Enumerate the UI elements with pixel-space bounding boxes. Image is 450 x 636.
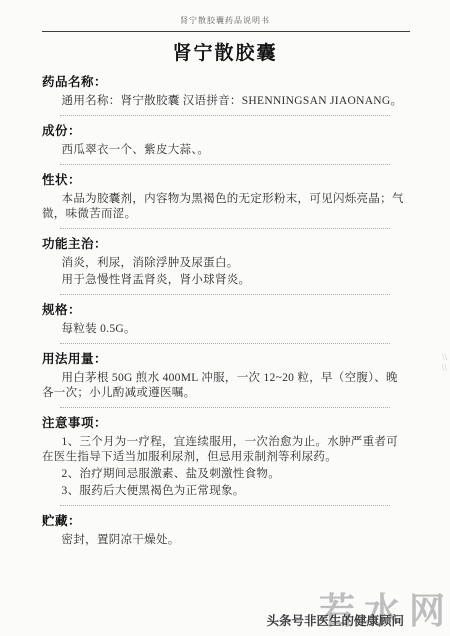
section-heading: 药品名称： — [42, 74, 404, 91]
dotted-divider — [60, 294, 390, 295]
header-running-title: 肾宁散胶囊药品说明书 — [0, 15, 450, 26]
section-paragraph: 3、服药后大便黑褐色为正常现象。 — [42, 484, 404, 499]
section-heading: 用法用量： — [42, 351, 404, 368]
section-description: 性状： 本品为胶囊剂，内容物为黑褐色的无定形粉末，可见闪烁亮晶；气微，味微苦而涩… — [42, 172, 404, 222]
section-paragraph: 用白茅根 50G 煎水 400ML 冲服，一次 12~20 粒，早（空腹）、晚各… — [42, 371, 404, 401]
dotted-divider — [60, 407, 390, 408]
section-heading: 成份： — [42, 123, 404, 140]
dotted-divider — [60, 228, 390, 229]
document-header: 肾宁散胶囊药品说明书 — [0, 0, 450, 32]
scan-artifact-marks: \\\\ — [442, 352, 447, 374]
section-ingredients: 成份： 西瓜翠衣一个、紫皮大蒜、。 — [42, 123, 404, 158]
section-paragraph: 2、治疗期间忌服激素、盐及刺激性食物。 — [42, 467, 404, 482]
watermark-site-text: 若水网 — [319, 583, 450, 634]
watermark-account-text: 头条号非医生的健康顾问 — [266, 611, 404, 629]
section-heading: 注意事项： — [42, 415, 404, 432]
section-precautions: 注意事项： 1、三个月为一疗程，宜连续服用，一次治愈为止。水肿严重者可在医生指导… — [42, 415, 404, 499]
dotted-divider — [60, 505, 390, 506]
section-paragraph: 密封，置阴凉干燥处。 — [42, 533, 404, 548]
section-paragraph: 1、三个月为一疗程，宜连续服用，一次治愈为止。水肿严重者可在医生指导下适当加服利… — [42, 435, 404, 465]
section-heading: 性状： — [42, 172, 404, 189]
section-paragraph: 用于急慢性肾盂肾炎，肾小球肾炎。 — [42, 273, 404, 288]
header-rule — [42, 31, 410, 32]
document-page: 肾宁散胶囊药品说明书 肾宁散胶囊 药品名称： 通用名称：肾宁散胶囊 汉语拼音：S… — [0, 0, 450, 636]
section-heading: 功能主治： — [42, 236, 404, 253]
section-dosage: 用法用量： 用白茅根 50G 煎水 400ML 冲服，一次 12~20 粒，早（… — [42, 351, 404, 401]
document-body: 药品名称： 通用名称：肾宁散胶囊 汉语拼音：SHENNINGSAN JIAONA… — [0, 74, 450, 548]
section-paragraph: 本品为胶囊剂，内容物为黑褐色的无定形粉末，可见闪烁亮晶；气微，味微苦而涩。 — [42, 192, 404, 222]
section-indications: 功能主治： 消炎，利尿，消除浮肿及尿蛋白。 用于急慢性肾盂肾炎，肾小球肾炎。 — [42, 236, 404, 288]
section-paragraph: 西瓜翠衣一个、紫皮大蒜、。 — [42, 143, 404, 158]
section-drug-name: 药品名称： 通用名称：肾宁散胶囊 汉语拼音：SHENNINGSAN JIAONA… — [42, 74, 404, 109]
section-paragraph: 通用名称：肾宁散胶囊 汉语拼音：SHENNINGSAN JIAONANG。 — [42, 94, 404, 109]
section-storage: 贮藏： 密封，置阴凉干燥处。 — [42, 513, 404, 548]
section-paragraph: 每粒装 0.5G。 — [42, 322, 404, 337]
watermark: 若水网 头条号非医生的健康顾问 — [226, 584, 450, 636]
section-heading: 规格： — [42, 302, 404, 319]
section-paragraph: 消炎，利尿，消除浮肿及尿蛋白。 — [42, 256, 404, 271]
dotted-divider — [60, 343, 390, 344]
dotted-divider — [60, 115, 390, 116]
section-specification: 规格： 每粒装 0.5G。 — [42, 302, 404, 337]
dotted-divider — [60, 164, 390, 165]
page-title: 肾宁散胶囊 — [0, 41, 450, 67]
section-heading: 贮藏： — [42, 513, 404, 530]
